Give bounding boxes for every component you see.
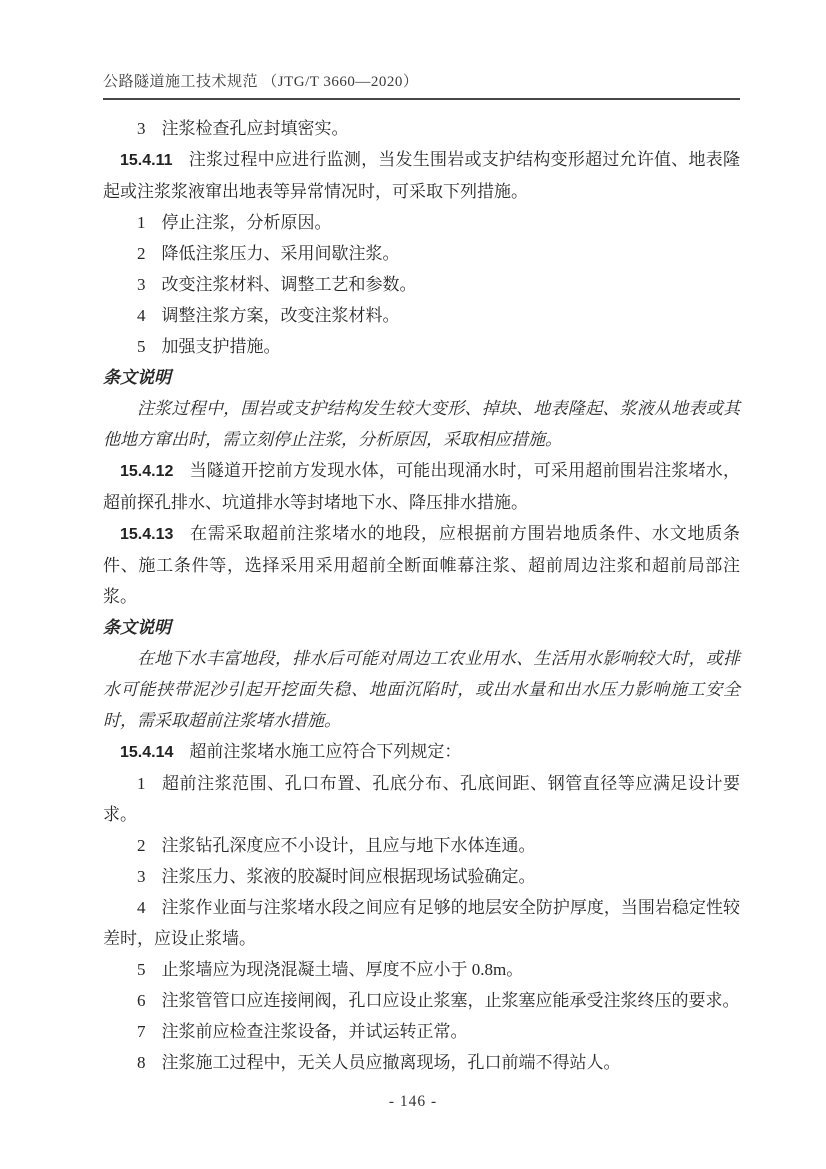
explanation-heading: 条文说明 [103, 362, 740, 393]
item-text: 止浆墙应为现浇混凝土墙、厚度不应小于 0.8m。 [162, 960, 524, 979]
item-text: 调整注浆方案，改变注浆材料。 [162, 306, 400, 325]
clause-number: 15.4.12 [120, 463, 173, 480]
item-text: 注浆压力、浆液的胶凝时间应根据现场试验确定。 [162, 867, 536, 886]
item-text: 注浆作业面与注浆堵水段之间应有足够的地层安全防护厚度，当围岩稳定性较差时，应设止… [103, 898, 740, 948]
item-text: 超前注浆范围、孔口布置、孔底分布、孔底间距、钢管直径等应满足设计要求。 [103, 774, 740, 824]
list-item: 3改变注浆材料、调整工艺和参数。 [103, 269, 740, 300]
list-item: 5加强支护措施。 [103, 331, 740, 362]
item-text: 加强支护措施。 [162, 337, 281, 356]
item-number: 8 [137, 1053, 146, 1072]
item-number: 4 [137, 306, 146, 325]
item-number: 1 [137, 213, 146, 232]
item-text: 注浆检查孔应封填密实。 [162, 119, 349, 138]
document-page: 公路隧道施工技术规范 （JTG/T 3660—2020） 3注浆检查孔应封填密实… [0, 0, 826, 1169]
list-item: 7注浆前应检查注浆设备，并试运转正常。 [103, 1016, 740, 1047]
item-text: 注浆前应检查注浆设备，并试运转正常。 [162, 1022, 468, 1041]
list-item: 1超前注浆范围、孔口布置、孔底分布、孔底间距、钢管直径等应满足设计要求。 [103, 768, 740, 830]
item-text: 注浆施工过程中，无关人员应撤离现场，孔口前端不得站人。 [162, 1053, 621, 1072]
item-number: 3 [137, 867, 146, 886]
clause-text: 超前注浆堵水施工应符合下列规定： [189, 742, 461, 761]
list-item: 3注浆检查孔应封填密实。 [103, 113, 740, 144]
item-number: 1 [137, 774, 146, 793]
item-number: 5 [137, 960, 146, 979]
list-item: 1停止注浆，分析原因。 [103, 207, 740, 238]
clause-15-4-14: 15.4.14超前注浆堵水施工应符合下列规定： [103, 736, 740, 768]
clause-15-4-13: 15.4.13在需采取超前注浆堵水的地段，应根据前方围岩地质条件、水文地质条件、… [103, 518, 740, 612]
clause-number: 15.4.11 [120, 152, 173, 169]
list-item: 4注浆作业面与注浆堵水段之间应有足够的地层安全防护厚度，当围岩稳定性较差时，应设… [103, 892, 740, 954]
item-number: 2 [137, 244, 146, 263]
list-item: 6注浆管管口应连接闸阀，孔口应设止浆塞，止浆塞应能承受注浆终压的要求。 [103, 985, 740, 1016]
explanation-text: 在地下水丰富地段，排水后可能对周边工农业用水、生活用水影响较大时，或排水可能挟带… [103, 643, 740, 736]
page-content: 3注浆检查孔应封填密实。 15.4.11注浆过程中应进行监测，当发生围岩或支护结… [103, 113, 740, 1078]
item-text: 注浆钻孔深度应不小设计，且应与地下水体连通。 [162, 836, 536, 855]
list-item: 3注浆压力、浆液的胶凝时间应根据现场试验确定。 [103, 861, 740, 892]
item-number: 7 [137, 1022, 146, 1041]
clause-text: 在需采取超前注浆堵水的地段，应根据前方围岩地质条件、水文地质条件、施工条件等，选… [103, 524, 740, 606]
list-item: 5止浆墙应为现浇混凝土墙、厚度不应小于 0.8m。 [103, 954, 740, 985]
header-rule [103, 98, 740, 100]
item-text: 注浆管管口应连接闸阀，孔口应设止浆塞，止浆塞应能承受注浆终压的要求。 [162, 991, 740, 1010]
item-number: 5 [137, 337, 146, 356]
item-number: 3 [137, 275, 146, 294]
clause-number: 15.4.14 [120, 744, 173, 761]
item-text: 降低注浆压力、采用间歇注浆。 [162, 244, 400, 263]
clause-text: 当隧道开挖前方发现水体，可能出现涌水时，可采用超前围岩注浆堵水，超前探孔排水、坑… [103, 461, 740, 512]
clause-text: 注浆过程中应进行监测，当发生围岩或支护结构变形超过允许值、地表隆起或注浆浆液窜出… [103, 150, 740, 201]
running-header: 公路隧道施工技术规范 （JTG/T 3660—2020） [103, 72, 740, 92]
clause-number: 15.4.13 [120, 526, 173, 543]
item-number: 2 [137, 836, 146, 855]
item-number: 3 [137, 119, 146, 138]
list-item: 8注浆施工过程中，无关人员应撤离现场，孔口前端不得站人。 [103, 1047, 740, 1078]
item-number: 6 [137, 991, 146, 1010]
clause-15-4-11: 15.4.11注浆过程中应进行监测，当发生围岩或支护结构变形超过允许值、地表隆起… [103, 144, 740, 207]
item-text: 停止注浆，分析原因。 [162, 213, 332, 232]
page-number: - 146 - [0, 1093, 826, 1111]
clause-15-4-12: 15.4.12当隧道开挖前方发现水体，可能出现涌水时，可采用超前围岩注浆堵水，超… [103, 455, 740, 518]
list-item: 2降低注浆压力、采用间歇注浆。 [103, 238, 740, 269]
explanation-heading: 条文说明 [103, 612, 740, 643]
explanation-text: 注浆过程中，围岩或支护结构发生较大变形、掉块、地表隆起、浆液从地表或其他地方窜出… [103, 393, 740, 455]
item-text: 改变注浆材料、调整工艺和参数。 [162, 275, 417, 294]
list-item: 4调整注浆方案，改变注浆材料。 [103, 300, 740, 331]
document-title: 公路隧道施工技术规范 （JTG/T 3660—2020） [103, 74, 418, 90]
item-number: 4 [137, 898, 146, 917]
list-item: 2注浆钻孔深度应不小设计，且应与地下水体连通。 [103, 830, 740, 861]
